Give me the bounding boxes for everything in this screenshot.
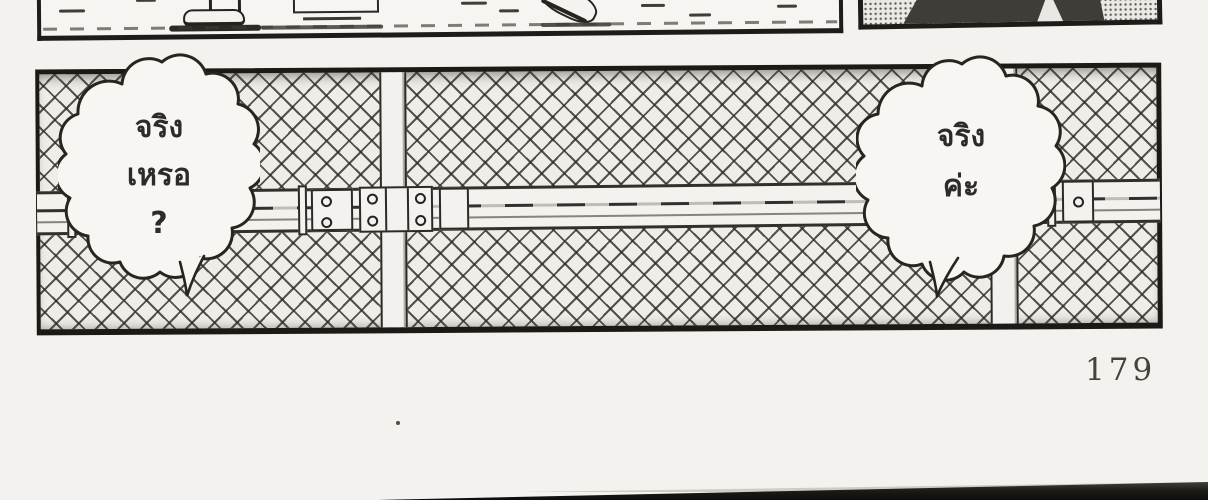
page-number: 179 <box>1085 352 1185 388</box>
speech-bubble-right: จริง ค่ะ <box>856 54 1066 298</box>
rail-sleeve <box>439 187 469 229</box>
speech-line: ? <box>58 200 260 248</box>
ground-mark <box>689 13 711 16</box>
speech-text: จริง เหรอ ? <box>58 104 260 248</box>
plate-shadow <box>303 17 361 20</box>
bolt <box>367 216 378 227</box>
speech-line: จริง <box>856 112 1066 162</box>
ground-mark <box>59 9 85 12</box>
base-plate <box>293 0 379 13</box>
manga-page: จริง เหรอ ? จริง ค่ะ 179 <box>0 0 1208 500</box>
clamp-seam <box>385 188 387 230</box>
bolt <box>1073 196 1084 207</box>
bolt <box>321 196 332 207</box>
ground-line <box>43 20 837 31</box>
panel-top-left-feet <box>37 0 844 41</box>
ground-mark <box>777 5 797 8</box>
rail-sleeve <box>311 189 353 231</box>
ground-mark <box>461 2 487 5</box>
rail-sleeve <box>1062 180 1094 222</box>
bolt <box>367 194 378 205</box>
ground-mark <box>641 4 665 7</box>
speech-bubble-left: จริง เหรอ ? <box>58 50 260 300</box>
shoe-sole <box>541 0 588 23</box>
speech-line: จริง <box>58 104 260 152</box>
speech-line: เหรอ <box>58 152 260 200</box>
rail-end-plate <box>298 185 308 235</box>
bolt <box>415 215 426 226</box>
post-clamp-bracket <box>359 186 434 233</box>
ink-speck <box>396 421 400 425</box>
speech-text: จริง ค่ะ <box>856 112 1066 212</box>
clamp-seam <box>407 188 409 230</box>
dark-silhouette <box>863 0 1158 25</box>
bolt <box>321 217 332 228</box>
shoe <box>183 9 245 27</box>
bolt <box>415 193 426 204</box>
ground-mark <box>136 0 156 2</box>
speech-line: ค่ะ <box>856 162 1066 212</box>
panel-top-right-silhouette <box>858 0 1163 30</box>
ground-mark <box>499 9 519 12</box>
